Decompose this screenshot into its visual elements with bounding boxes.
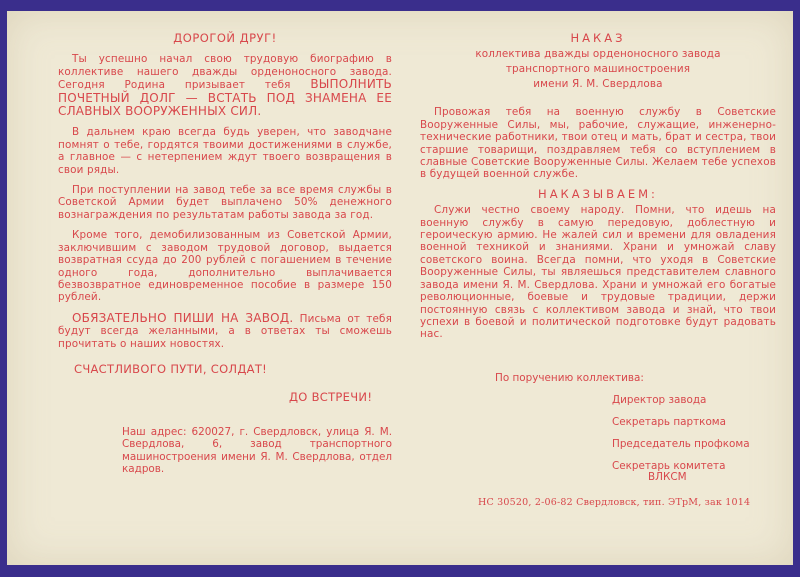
signatory-komsomol-abbrev: ВЛКСМ — [648, 471, 687, 483]
mandate-subtitle-3: имени Я. М. Свердлова — [420, 77, 776, 92]
paragraph-5-emphasis: ОБЯЗАТЕЛЬНО ПИШИ НА ЗАВОД. — [72, 311, 293, 325]
paragraph-4: Кроме того, демобилизованным из Советско… — [58, 229, 392, 303]
farewell-until-we-meet: ДО ВСТРЕЧИ! — [289, 390, 372, 404]
factory-address: Наш адрес: 620027, г. Свердловск, улица … — [122, 426, 392, 476]
mandate-intro: Провожая тебя на военную службу в Советс… — [420, 106, 776, 180]
paragraph-3: При поступлении на завод тебе за все вре… — [58, 184, 392, 221]
right-column: НАКАЗ коллектива дважды орденоносного за… — [420, 32, 776, 341]
greeting-heading: ДОРОГОЙ ДРУГ! — [58, 32, 392, 44]
left-column: ДОРОГОЙ ДРУГ! Ты успешно начал свою труд… — [58, 32, 392, 350]
order-text: Служи честно своему народу. Помни, что и… — [420, 204, 776, 340]
signatory-director: Директор завода — [612, 394, 706, 406]
farewell-happy-journey: СЧАСТЛИВОГО ПУТИ, СОЛДАТ! — [74, 362, 267, 376]
mandate-subtitle-1: коллектива дважды орденоносного завода — [420, 47, 776, 62]
on-behalf-label: По поручению коллектива: — [495, 372, 644, 384]
paragraph-2: В дальнем краю всегда будь уверен, что з… — [58, 126, 392, 176]
printer-imprint: НС 30520, 2-06-82 Свердловск, тип. ЭТрМ,… — [478, 497, 750, 508]
mandate-title: НАКАЗ — [420, 32, 776, 44]
order-heading: НАКАЗЫВАЕМ: — [420, 188, 776, 200]
signatory-party-secretary: Секретарь парткома — [612, 416, 726, 428]
paragraph-5: ОБЯЗАТЕЛЬНО ПИШИ НА ЗАВОД. Письма от теб… — [58, 312, 392, 350]
signatory-union-chair: Председатель профкома — [612, 438, 750, 450]
paragraph-1: Ты успешно начал свою трудовую биографию… — [58, 53, 392, 118]
mandate-subtitle-2: транспортного машиностроения — [420, 62, 776, 77]
